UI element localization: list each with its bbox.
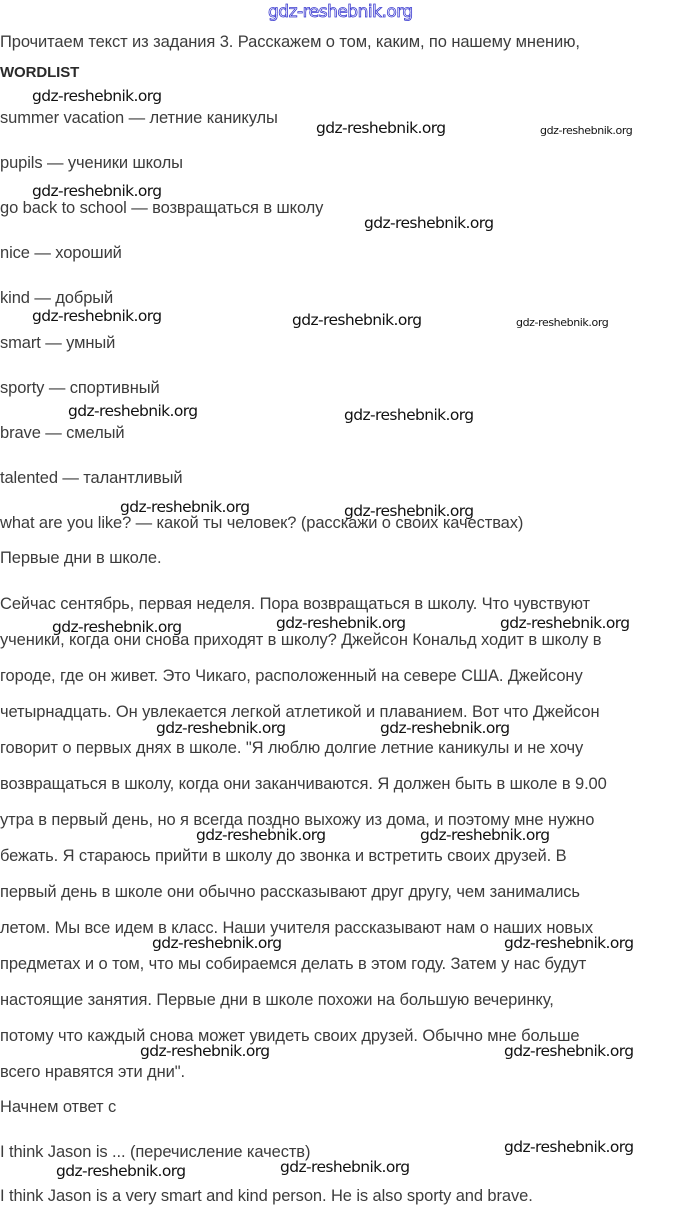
watermark: gdz-reshebnik.org (196, 826, 326, 844)
watermark: gdz-reshebnik.org (504, 934, 634, 952)
watermark: gdz-reshebnik.org (280, 1158, 410, 1176)
watermark: gdz-reshebnik.org (276, 614, 406, 632)
text-line: городе, где он живет. Это Чикаго, распол… (0, 667, 583, 686)
watermark: gdz-reshebnik.org (68, 402, 198, 420)
wordlist-item: summer vacation — летние каникулы (0, 109, 278, 128)
watermark: gdz-reshebnik.org (364, 214, 494, 232)
wordlist-item: pupils — ученики школы (0, 154, 183, 173)
answer-intro: Начнем ответ с (0, 1098, 116, 1117)
watermark: gdz-reshebnik.org (292, 311, 422, 329)
text-line: Сейчас сентябрь, первая неделя. Пора воз… (0, 595, 590, 614)
wordlist-item: smart — умный (0, 334, 115, 353)
watermark: gdz-reshebnik.org (380, 719, 510, 737)
watermark: gdz-reshebnik.org (344, 406, 474, 424)
wordlist-item: brave — смелый (0, 424, 124, 443)
watermark: gdz-reshebnik.org (32, 182, 162, 200)
text-line: предметах и о том, что мы собираемся дел… (0, 955, 586, 974)
answer-text: I think Jason is a very smart and kind p… (0, 1187, 533, 1206)
answer-template: I think Jason is ... (перечисление качес… (0, 1143, 310, 1162)
header-watermark[interactable]: gdz-reshebnik.org (268, 2, 413, 22)
text-line: всего нравятся эти дни". (0, 1063, 185, 1082)
watermark: gdz-reshebnik.org (516, 316, 608, 329)
watermark: gdz-reshebnik.org (316, 119, 446, 137)
text-line: настоящие занятия. Первые дни в школе по… (0, 991, 554, 1010)
text-line: четырнадцать. Он увлекается легкой атлет… (0, 703, 599, 722)
text-line: говорит о первых днях в школе. "Я люблю … (0, 739, 583, 758)
watermark: gdz-reshebnik.org (156, 719, 286, 737)
text-title: Первые дни в школе. (0, 549, 161, 568)
text-line: возвращаться в школу, когда они заканчив… (0, 775, 607, 794)
watermark: gdz-reshebnik.org (32, 307, 162, 325)
text-line: бежать. Я стараюсь прийти в школу до зво… (0, 847, 567, 866)
watermark: gdz-reshebnik.org (504, 1138, 634, 1156)
text-line: потому что каждый снова может увидеть св… (0, 1027, 579, 1046)
wordlist-item: nice — хороший (0, 244, 122, 263)
watermark: gdz-reshebnik.org (420, 826, 550, 844)
watermark: gdz-reshebnik.org (140, 1042, 270, 1060)
watermark: gdz-reshebnik.org (120, 498, 250, 516)
watermark: gdz-reshebnik.org (52, 618, 182, 636)
watermark: gdz-reshebnik.org (540, 124, 632, 137)
watermark: gdz-reshebnik.org (500, 614, 630, 632)
text-line: первый день в школе они обычно рассказыв… (0, 883, 580, 902)
watermark: gdz-reshebnik.org (56, 1162, 186, 1180)
watermark: gdz-reshebnik.org (504, 1042, 634, 1060)
wordlist-title: WORDLIST (0, 64, 79, 81)
watermark: gdz-reshebnik.org (152, 934, 282, 952)
intro-text: Прочитаем текст из задания 3. Расскажем … (0, 33, 580, 52)
watermark: gdz-reshebnik.org (344, 502, 474, 520)
wordlist-item: sporty — спортивный (0, 379, 160, 398)
wordlist-item: kind — добрый (0, 289, 113, 308)
wordlist-item: talented — талантливый (0, 469, 183, 488)
watermark: gdz-reshebnik.org (32, 87, 162, 105)
wordlist-item: go back to school — возвращаться в школу (0, 199, 323, 218)
